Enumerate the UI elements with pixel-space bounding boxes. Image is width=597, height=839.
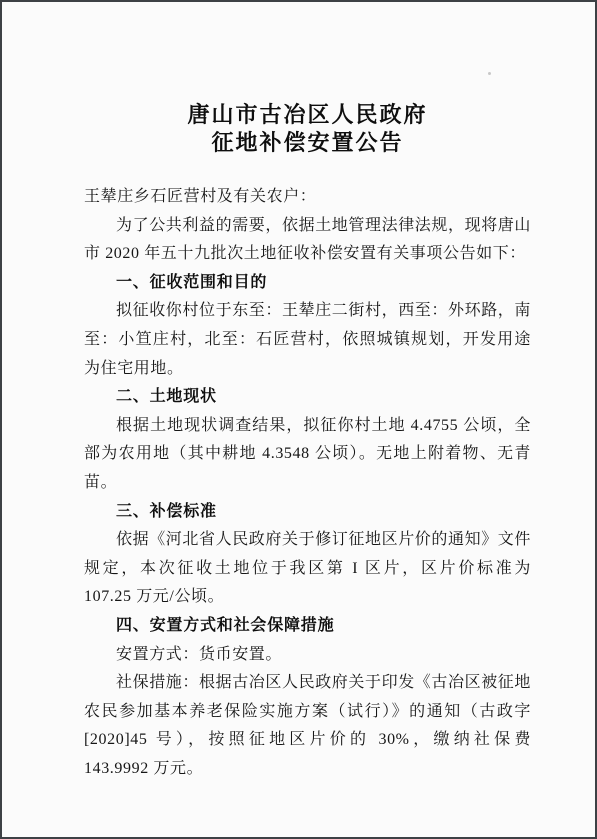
scan-artifact-dot xyxy=(488,72,491,75)
salutation: 王辇庄乡石匠营村及有关农户： xyxy=(84,183,531,212)
section-4-heading: 四、安置方式和社会保障措施 xyxy=(84,612,531,641)
section-3-paragraph: 依据《河北省人民政府关于修订征地区片价的通知》文件规定，本次征收土地位于我区第 … xyxy=(84,526,531,612)
page-content: 唐山市古冶区人民政府 征地补偿安置公告 王辇庄乡石匠营村及有关农户： 为了公共利… xyxy=(2,2,595,783)
section-2-heading: 二、土地现状 xyxy=(84,383,531,412)
section-1-heading: 一、征收范围和目的 xyxy=(84,269,531,298)
doc-title-line2: 征地补偿安置公告 xyxy=(84,129,531,157)
doc-title: 唐山市古冶区人民政府 征地补偿安置公告 xyxy=(84,101,531,157)
doc-title-line1: 唐山市古冶区人民政府 xyxy=(84,101,531,129)
section-3-heading: 三、补偿标准 xyxy=(84,498,531,527)
section-2-paragraph: 根据土地现状调查结果，拟征你村土地 4.4755 公顷，全部为农用地（其中耕地 … xyxy=(84,412,531,498)
intro-paragraph: 为了公共利益的需要，依据土地管理法律法规，现将唐山市 2020 年五十九批次土地… xyxy=(84,212,531,269)
section-4-paragraph-1: 安置方式：货币安置。 xyxy=(84,641,531,670)
section-4-paragraph-2: 社保措施：根据古冶区人民政府关于印发《古冶区被征地农民参加基本养老保险实施方案（… xyxy=(84,669,531,783)
section-1-paragraph: 拟征收你村位于东至：王辇庄二街村，西至：外环路，南至：小笪庄村，北至：石匠营村，… xyxy=(84,297,531,383)
doc-body: 王辇庄乡石匠营村及有关农户： 为了公共利益的需要，依据土地管理法律法规，现将唐山… xyxy=(84,183,531,783)
document-page: 唐山市古冶区人民政府 征地补偿安置公告 王辇庄乡石匠营村及有关农户： 为了公共利… xyxy=(0,0,597,839)
